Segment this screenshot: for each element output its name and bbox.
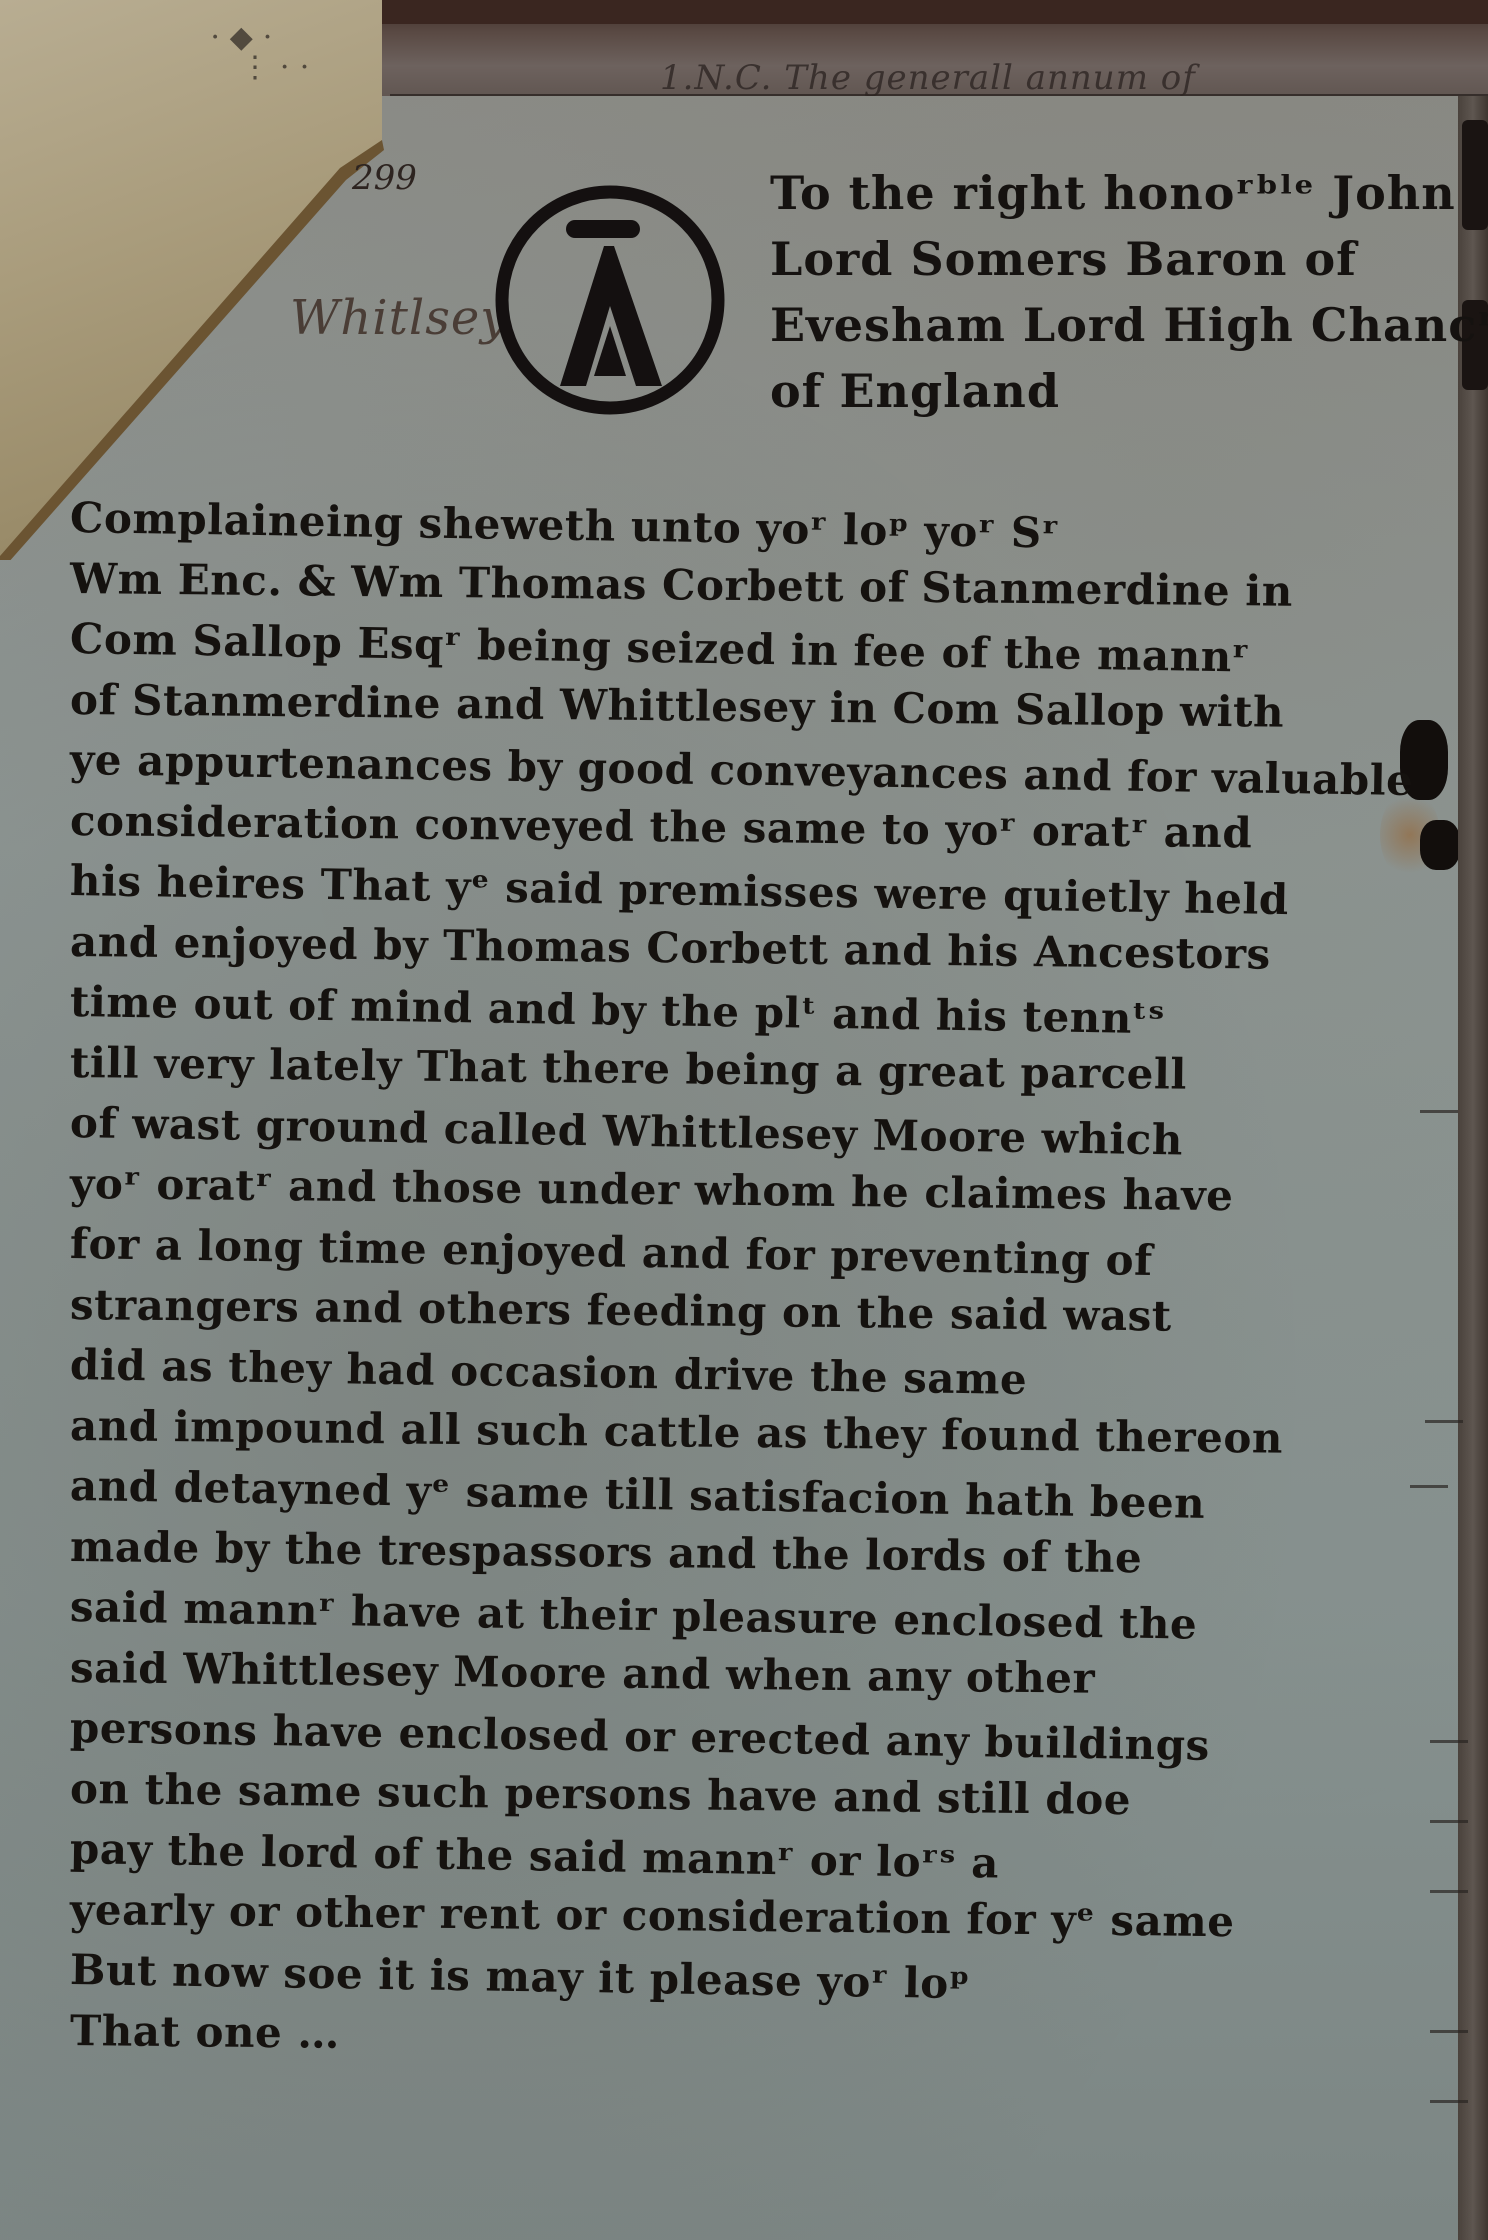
margin-tick <box>1430 2100 1468 2103</box>
underlying-sheet-note: 1.N.C. The generall annum of <box>660 58 1196 98</box>
address-line: Lord Somers Baron of <box>770 226 1460 292</box>
folio-number: 299 <box>352 158 417 198</box>
address-line: To the right honoʳᵇˡᵉ John <box>770 160 1460 226</box>
broad-arrow-stamp-icon <box>486 176 734 424</box>
address-heading: To the right honoʳᵇˡᵉ John Lord Somers B… <box>770 160 1460 424</box>
top-dark-edge <box>380 0 1488 24</box>
address-line: of England <box>770 358 1460 424</box>
margin-tick <box>1425 1420 1463 1423</box>
margin-note: Whitlsey <box>290 290 508 346</box>
edge-blot <box>1462 120 1488 230</box>
margin-tick <box>1430 1740 1468 1743</box>
right-page-edge <box>1458 96 1488 2240</box>
fold-ink-mark: ⋮ ⋅ ⋅ <box>240 50 310 85</box>
margin-tick <box>1430 1890 1468 1893</box>
address-line: Evesham Lord High Chancʳ <box>770 292 1460 358</box>
margin-tick <box>1430 2030 1468 2033</box>
margin-tick <box>1410 1485 1448 1488</box>
petition-body: Complaineing sheweth unto yoʳ loᵖ yoʳ Sʳ… <box>70 488 1450 2061</box>
margin-tick <box>1420 1110 1458 1113</box>
margin-tick <box>1430 1820 1468 1823</box>
